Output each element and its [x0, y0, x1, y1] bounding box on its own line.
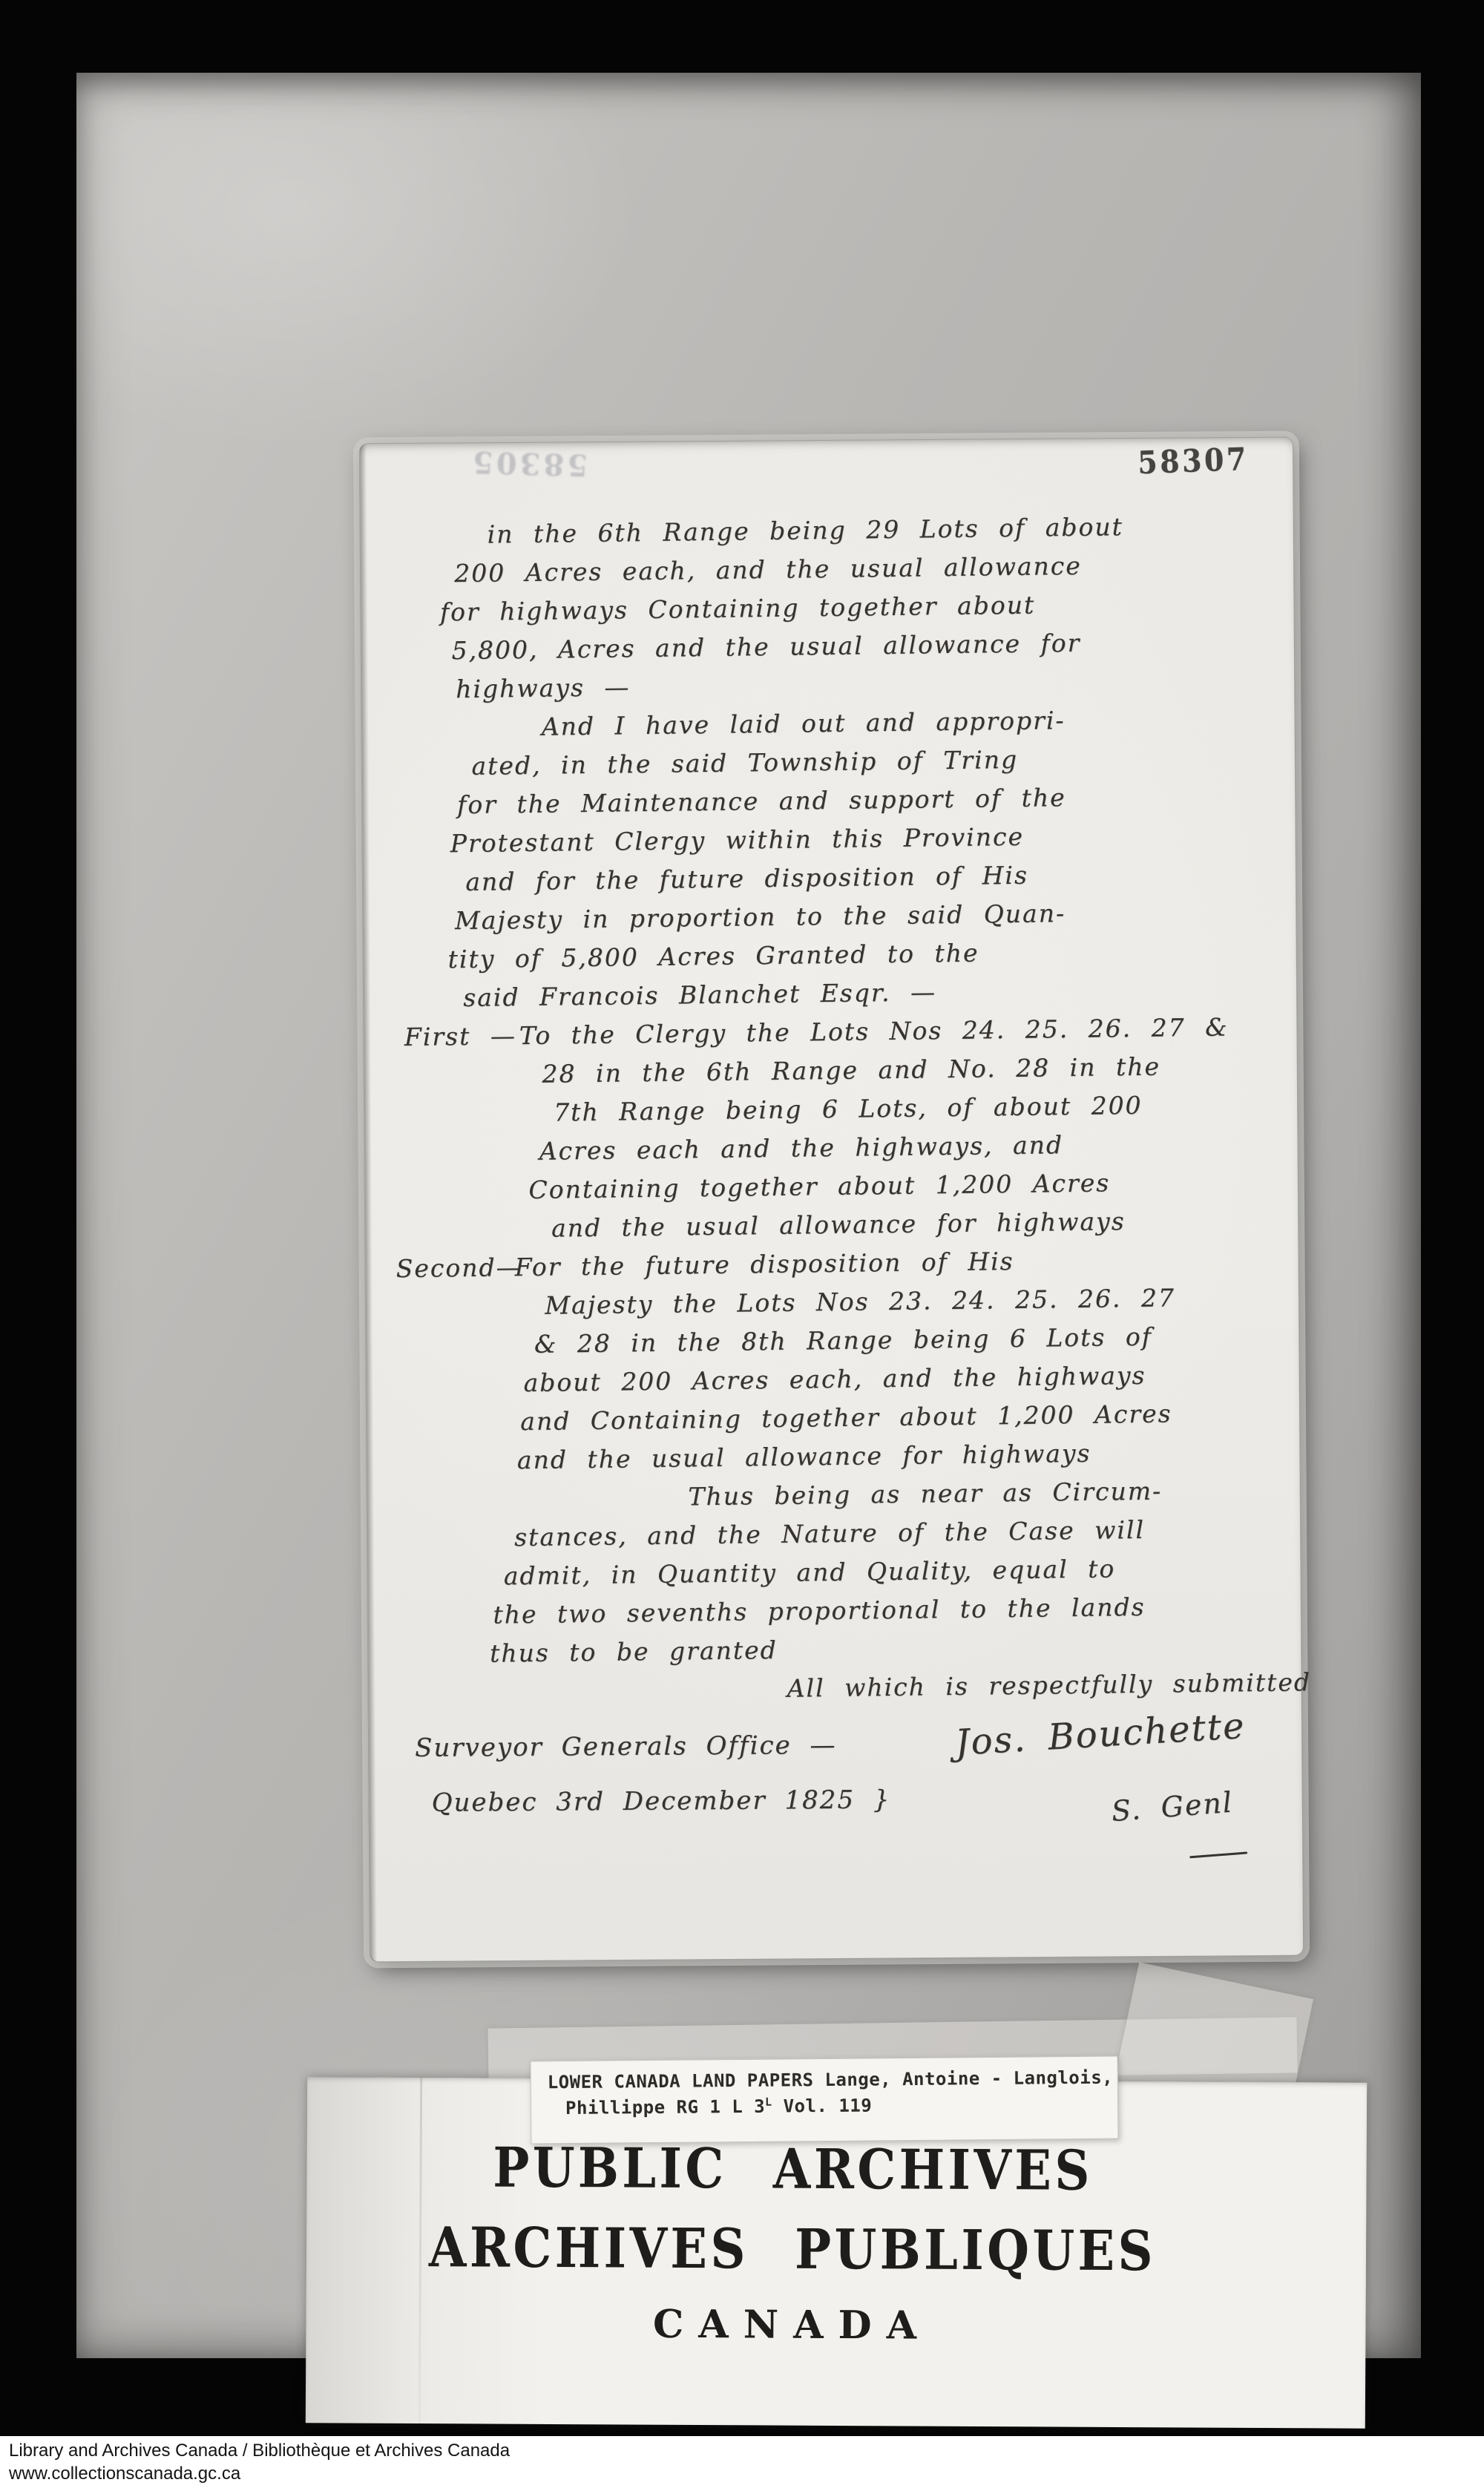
archives-stamp-line3: CANADA [306, 2300, 1278, 2350]
reference-label-line2: Phillippe RG 1 L 3L Vol. 119 [548, 2093, 1117, 2119]
reference-label-line2-volume: Vol. 119 [772, 2095, 873, 2116]
reference-label-line1: LOWER CANADA LAND PAPERS Lange, Antoine … [548, 2067, 1114, 2093]
closing-block: Surveyor Generals Office — Quebec 3rd De… [360, 438, 1303, 1962]
footer-url: www.collectionscanada.gc.ca [9, 2464, 240, 2484]
reference-label: LOWER CANADA LAND PAPERS Lange, Antoine … [531, 2056, 1119, 2144]
footer-strip: Library and Archives Canada / Bibliothèq… [0, 2436, 1484, 2491]
signature-name: Jos. Bouchette [954, 1705, 1247, 1764]
footer-institution: Library and Archives Canada / Bibliothèq… [9, 2441, 510, 2461]
office-line: Surveyor Generals Office — [415, 1730, 837, 1763]
archives-stamp-line2: ARCHIVES PUBLIQUES [364, 2216, 1220, 2284]
archives-stamp-line1: PUBLIC ARCHIVES [365, 2136, 1221, 2204]
reference-label-superscript: L [765, 2095, 772, 2109]
signature-title: S. Genl [1110, 1786, 1234, 1828]
date-line: Quebec 3rd December 1825 } [432, 1785, 891, 1817]
reference-label-line2-text: Phillippe RG 1 L 3 [565, 2096, 765, 2119]
microfilm-photo-area: 58307 58305 in the 6th Range being 29 Lo… [76, 73, 1421, 2358]
signature-flourish [1189, 1851, 1247, 1858]
manuscript-page: 58307 58305 in the 6th Range being 29 Lo… [359, 437, 1304, 1963]
